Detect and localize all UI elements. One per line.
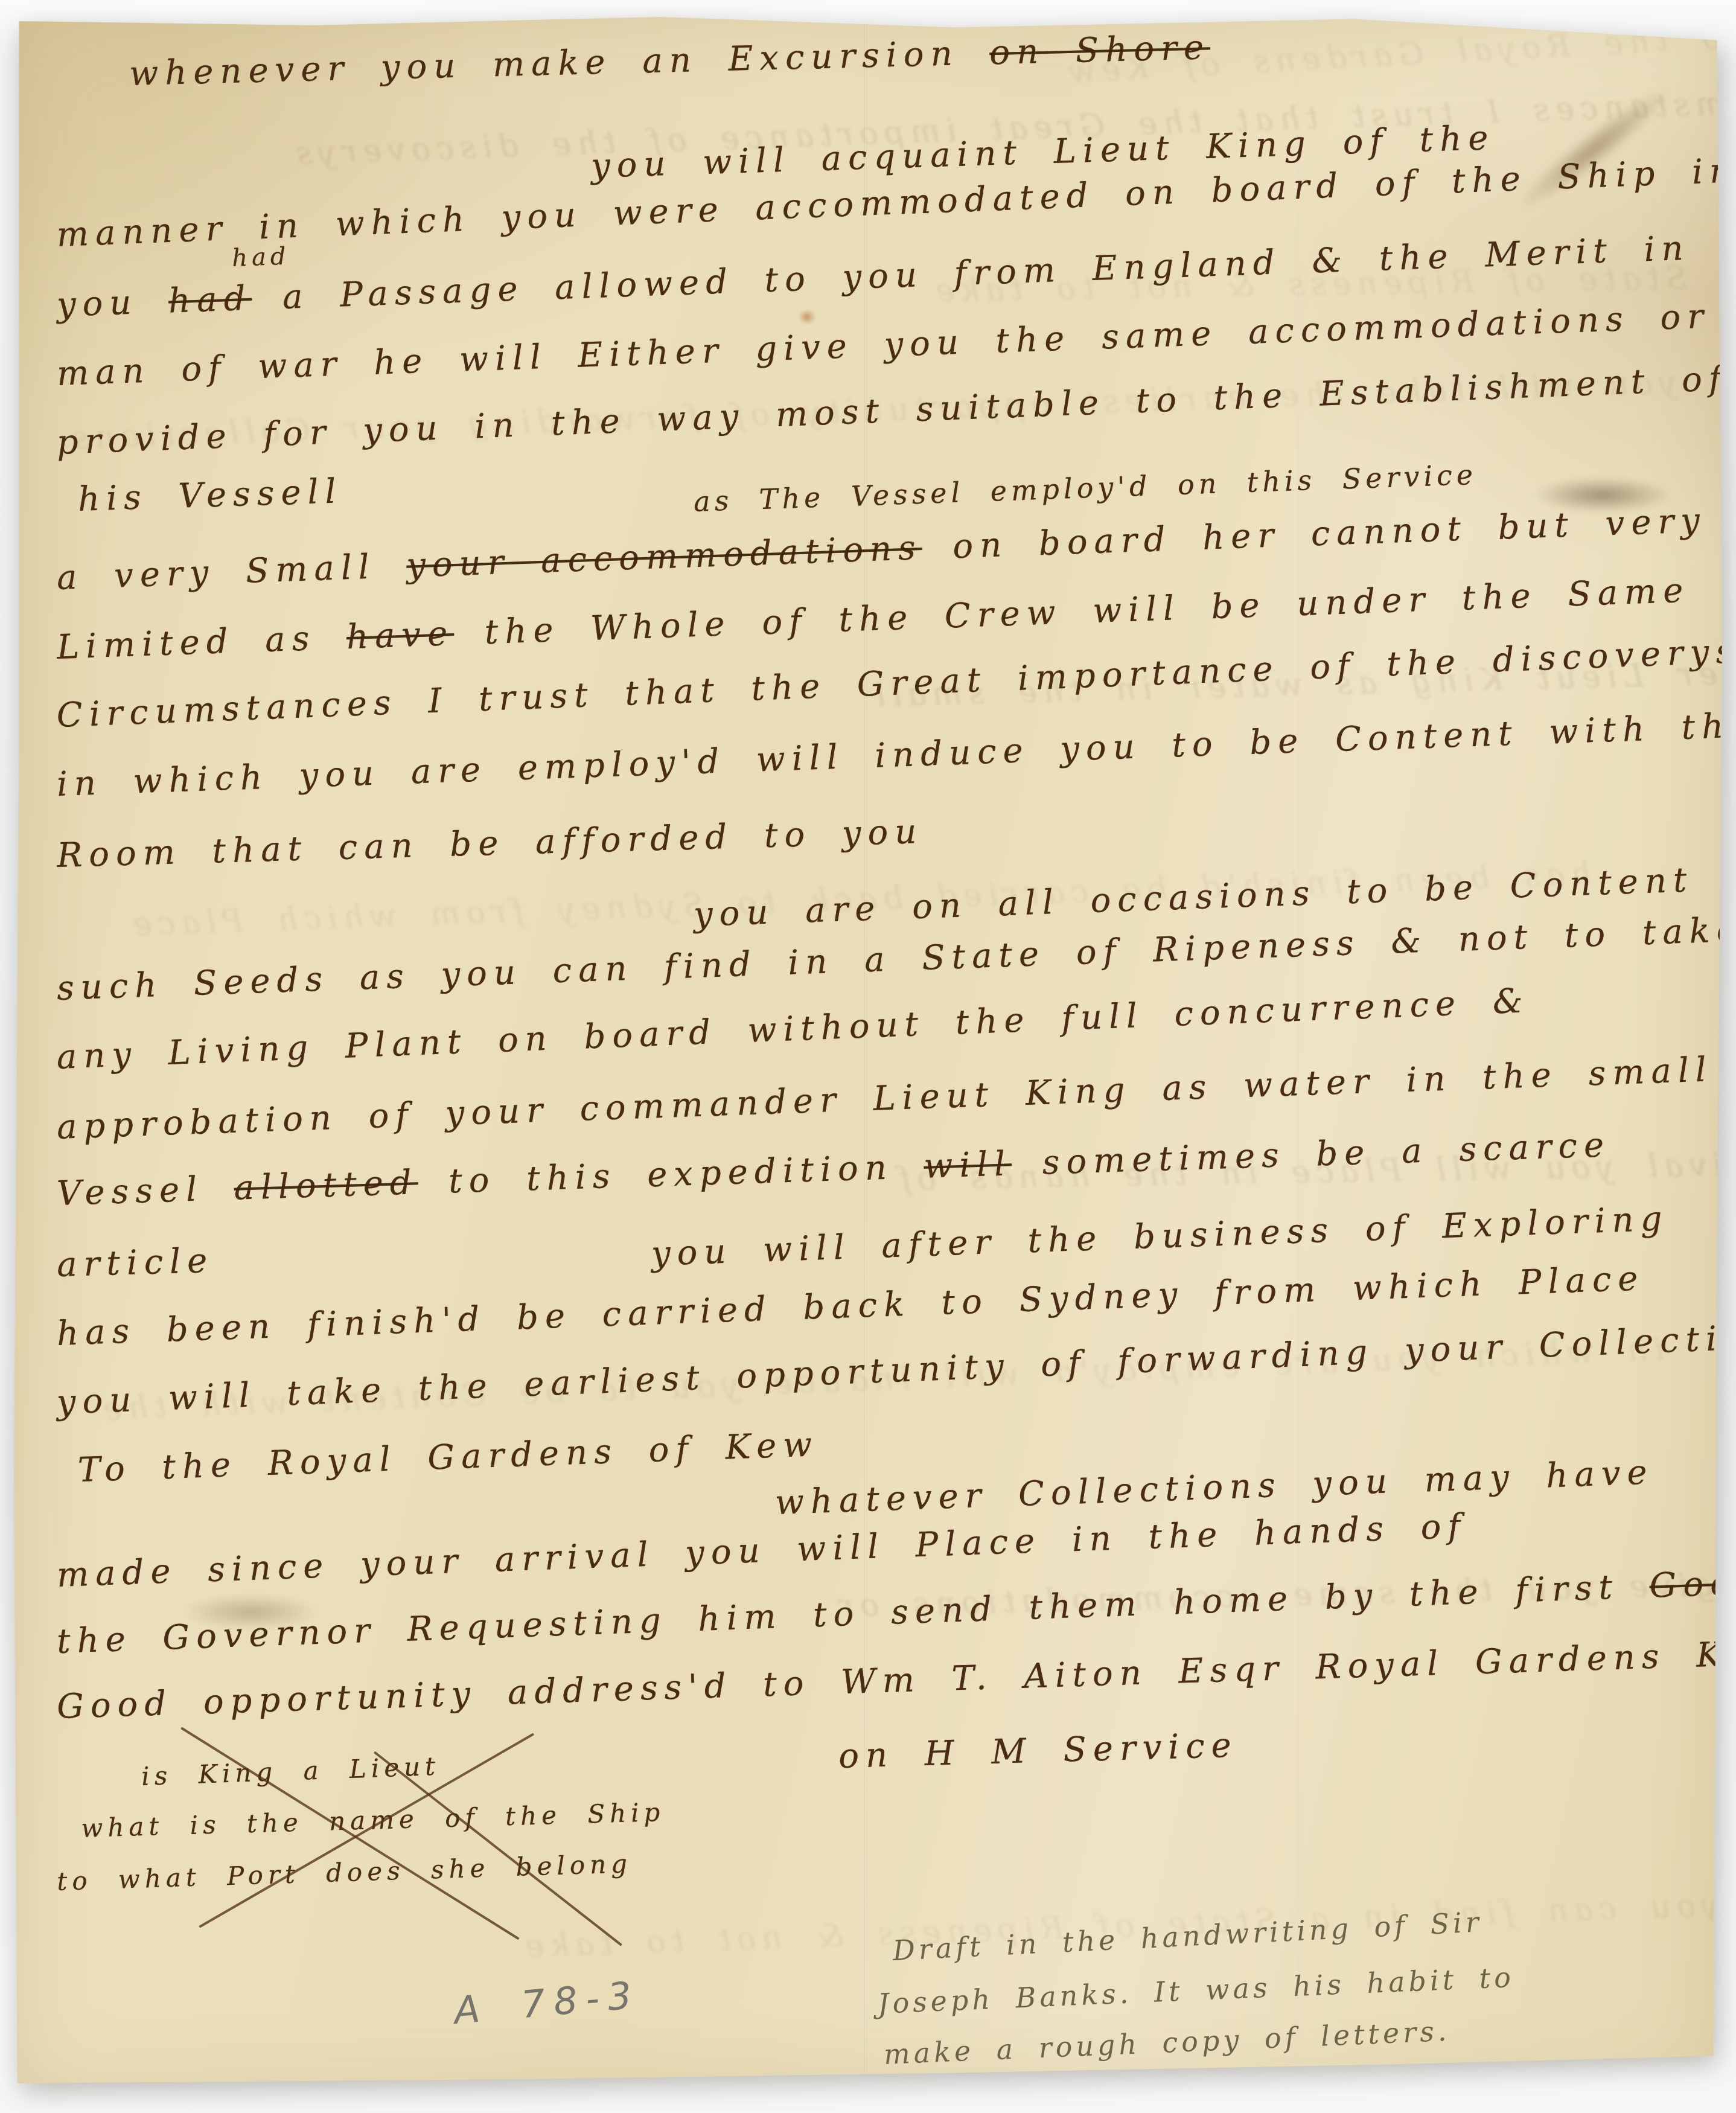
- manuscript-line: you will after the business of Exploring: [651, 1202, 1669, 1271]
- manuscript-line: whenever you make an Excursion on Shore: [129, 31, 1211, 91]
- cross-out-stroke: [374, 1751, 622, 1946]
- manuscript-line: Vessel allotted to this expedition will …: [56, 1128, 1611, 1211]
- manuscript-query-line: what is the name of the Ship: [81, 1800, 665, 1841]
- curator-note-line: make a rough copy of letters.: [883, 2017, 1450, 2068]
- ink-smudge: [1507, 77, 1679, 222]
- manuscript-line: whatever Collections you may have: [774, 1456, 1654, 1520]
- ink-spot: [798, 309, 816, 325]
- paper-shadow: Circumstances I trust that the Great imp…: [0, 0, 1736, 2113]
- manuscript-line: on H M Service: [838, 1729, 1238, 1774]
- manuscript-line: Room that can be afforded to you: [56, 815, 924, 873]
- manuscript-query-line: is King a Lieut: [141, 1754, 441, 1789]
- manuscript-line: To the Royal Gardens of Kew: [77, 1428, 819, 1488]
- manuscript-line: article: [56, 1244, 214, 1282]
- curator-note-line: Joseph Banks. It was his habit to: [877, 1963, 1515, 2018]
- manuscript-paper: Circumstances I trust that the Great imp…: [0, 0, 1736, 2113]
- manuscript-line: his Vessell: [77, 475, 343, 517]
- scanned-document: Circumstances I trust that the Great imp…: [0, 0, 1736, 2113]
- curator-note-line: Draft in the handwriting of Sir: [892, 1908, 1483, 1964]
- manuscript-insertion: had: [232, 245, 291, 270]
- manuscript-insertion: as The Vessel employ'd on this Service: [693, 461, 1477, 516]
- shelfmark-pencil: A 78-3: [453, 1976, 642, 2030]
- fold-crease: [864, 0, 867, 2113]
